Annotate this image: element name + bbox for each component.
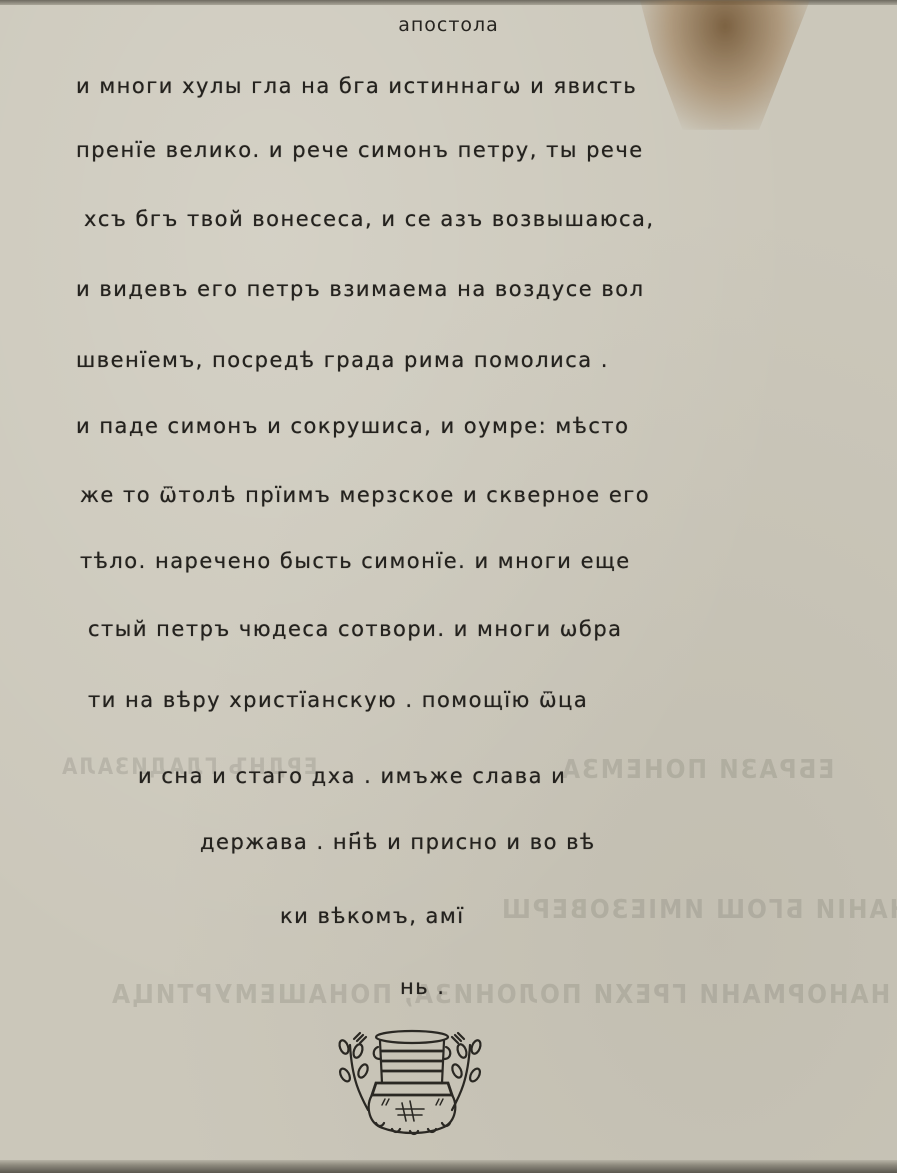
running-head: апостола xyxy=(0,14,897,36)
text-line: ки вѣкомъ, амї xyxy=(280,904,465,928)
show-through-text: ЕССЕНАНІИ БГОШ ИМІЕЗОВЕРШ xyxy=(500,895,897,925)
text-line: и видевъ его петръ взимаема на воздусе в… xyxy=(76,277,645,301)
page-bottom-edge xyxy=(0,1160,897,1173)
text-line: стый петръ чюдеса сотвори. и многи ѡбра xyxy=(88,617,623,641)
text-line: и сна и стаго дха . имъже слава и xyxy=(138,764,566,788)
show-through-text: НАНОРМАНИ ГРЕХИ ПОЛОНИЗА, ПОНАШЕМУРТИЦА xyxy=(110,980,890,1010)
text-line: ти на вѣру христїанскую . помощїю ѿца xyxy=(88,688,588,712)
manuscript-page: ЕБРАЗИ ПОНЕМЗА ЕССЕНАНІИ БГОШ ИМІЕЗОВЕРШ… xyxy=(0,0,897,1173)
text-line: хсъ бгъ твой вонесеса, и се азъ возвышаю… xyxy=(84,207,655,231)
vase-ornament-icon xyxy=(330,1025,490,1140)
text-line: же то ѿтолѣ прїимъ мерзское и скверное е… xyxy=(80,483,650,507)
text-line: и многи хулы гла на бга истиннагѡ и явис… xyxy=(76,74,637,98)
text-line: швенїемъ, посредѣ града рима помолиса . xyxy=(76,348,609,372)
text-line: держава . нн҃ѣ и присно и во вѣ xyxy=(200,830,596,854)
text-line: и паде симонъ и сокрушиса, и оумре: мѣст… xyxy=(76,414,629,438)
text-line: пренїе велико. и рече симонъ петру, ты р… xyxy=(76,138,644,162)
text-line: нь . xyxy=(400,975,445,999)
text-line: тѣло. наречено бысть симонїе. и многи ещ… xyxy=(80,549,631,573)
show-through-text: ЕБРАЗИ ПОНЕМЗА xyxy=(560,755,834,785)
